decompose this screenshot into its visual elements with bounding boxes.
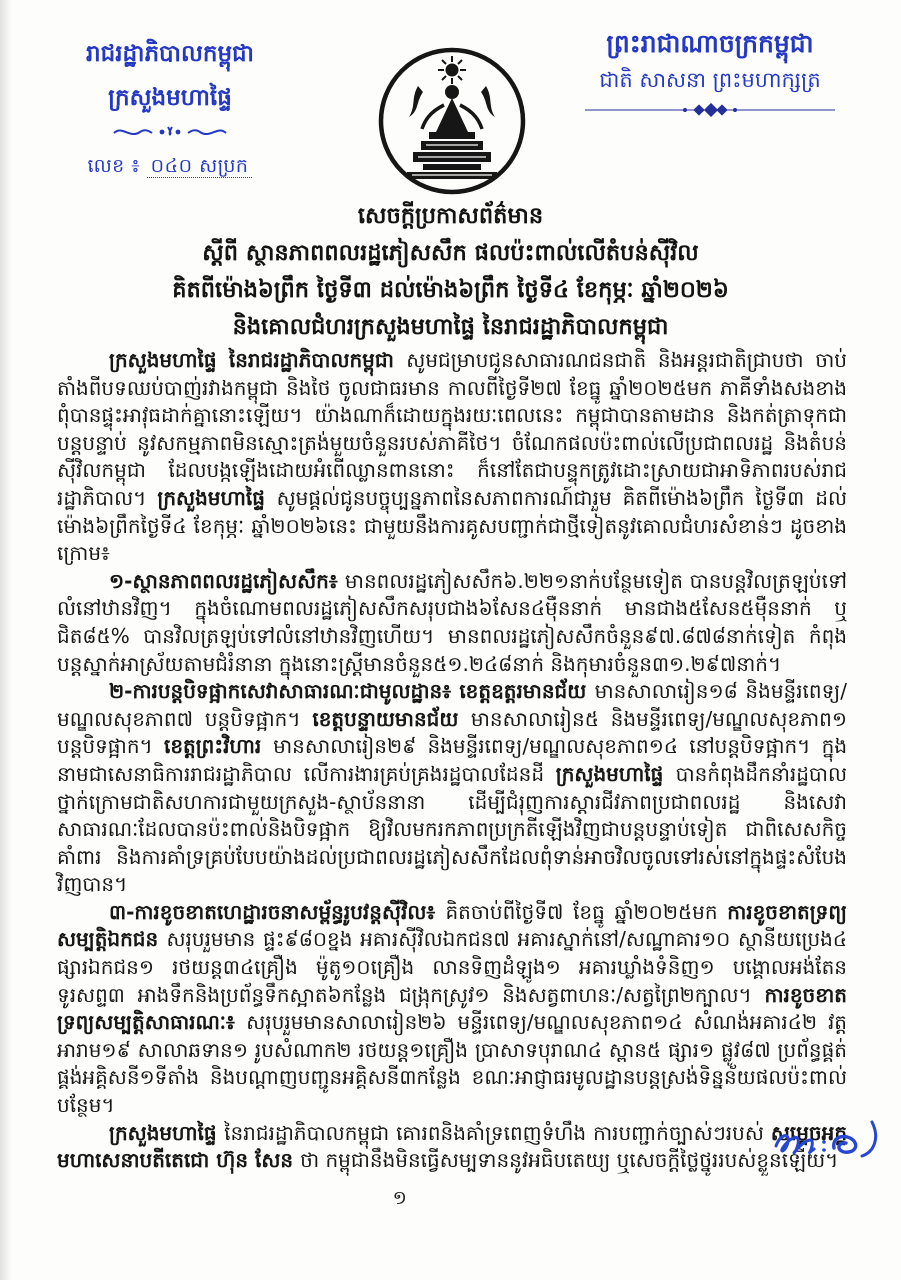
text-segment: ថា កម្ពុជានឹងមិនធ្វើសម្បទាននូវអធិបតេយ្យ …: [300, 1148, 838, 1172]
header-right: ព្រះរាជាណាចក្រកម្ពុជា ជាតិ សាសនា ព្រះមហា…: [545, 28, 875, 121]
signature-icon: [770, 1112, 888, 1168]
document-page: រាជរដ្ឋាភិបាលកម្ពុជា ក្រសួងមហាផ្ទៃ លេខ ៖…: [0, 0, 901, 1280]
text-segment: ក្រសួងមហាផ្ទៃ: [109, 1121, 224, 1145]
national-motto: ជាតិ សាសនា ព្រះមហាក្សត្រ: [545, 67, 875, 93]
text-segment: ខេត្តព្រះវិហារ: [164, 734, 273, 758]
text-segment: ៣-ការខូចខាតហេដ្ឋារចនាសម្ព័ន្ធរូបវន្តស៊ីវ…: [109, 900, 445, 924]
ornament-flourish-icon: [36, 124, 304, 144]
text-segment: ២-ការបន្តបិទផ្អាកសេវាសាធារណៈជាមូលដ្ឋាន៖: [109, 679, 459, 703]
royal-seal-icon: [366, 42, 538, 200]
title-line-4: និងគោលជំហរក្រសួងមហាផ្ទៃ នៃរាជរដ្ឋាភិបាលក…: [0, 309, 901, 346]
government-title: រាជរដ្ឋាភិបាលកម្ពុជា: [36, 40, 304, 70]
document-number: លេខ ៖ ០៤០ សប្រក: [36, 154, 304, 182]
paragraph-section-3: ៣-ការខូចខាតហេដ្ឋារចនាសម្ព័ន្ធរូបវន្តស៊ីវ…: [57, 899, 847, 1120]
paragraph-section-2: ២-ការបន្តបិទផ្អាកសេវាសាធារណៈជាមូលដ្ឋាន៖ …: [57, 678, 847, 899]
text-segment: ក្រសួងមហាផ្ទៃ: [157, 486, 276, 510]
document-body: ក្រសួងមហាផ្ទៃ នៃរាជរដ្ឋាភិបាលកម្ពុជា សូម…: [57, 347, 847, 1175]
text-segment: ក្រសួងមហាផ្ទៃ នៃរាជរដ្ឋាភិបាលកម្ពុជា: [109, 348, 406, 372]
title-line-1: សេចក្ដីប្រកាសព័ត៌មាន: [0, 198, 901, 235]
document-title: សេចក្ដីប្រកាសព័ត៌មាន ស្ដីពី ស្ថានភាពពលរដ…: [0, 198, 901, 346]
paragraph-section-1: ១-ស្ថានភាពពលរដ្ឋភៀសសឹក៖ មានពលរដ្ឋភៀសសឹក៦…: [57, 568, 847, 678]
text-segment: សរុបរួមមាន ផ្ទះ៩៨០ខ្នង អគារស៊ីវិលឯកជន៧ អ…: [57, 927, 847, 1006]
header-left: រាជរដ្ឋាភិបាលកម្ពុជា ក្រសួងមហាផ្ទៃ លេខ ៖…: [36, 40, 304, 182]
paragraph-intro: ក្រសួងមហាផ្ទៃ នៃរាជរដ្ឋាភិបាលកម្ពុជា សូម…: [57, 347, 847, 568]
document-number-value: ០៤០ សប្រក: [147, 155, 253, 178]
text-segment: ខេត្តឧត្តរមានជ័យ: [459, 679, 594, 703]
title-line-2: ស្ដីពី ស្ថានភាពពលរដ្ឋភៀសសឹក ផលប៉ះពាល់លើត…: [0, 235, 901, 272]
text-segment: គិតចាប់ពីថ្ងៃទី៧ ខែធ្នូ ឆ្នាំ២០២៥មក: [445, 900, 727, 924]
kingdom-title: ព្រះរាជាណាចក្រកម្ពុជា: [545, 28, 875, 59]
title-line-3: គិតពីម៉ោង៦ព្រឹក ថ្ងៃទី៣ ដល់ម៉ោង៦ព្រឹក ថ្…: [0, 272, 901, 309]
text-segment: ១-ស្ថានភាពពលរដ្ឋភៀសសឹក៖: [109, 569, 345, 593]
document-number-label: លេខ ៖: [88, 155, 141, 177]
text-segment: ខេត្តបន្ទាយមានជ័យ: [312, 707, 470, 731]
ministry-title: ក្រសួងមហាផ្ទៃ: [36, 84, 304, 114]
text-segment: នៃរាជរដ្ឋាភិបាលកម្ពុជា គោរពនិងគាំទ្រពេញទ…: [224, 1121, 771, 1145]
ornament-divider-icon: [545, 102, 875, 121]
paragraph-closing: ក្រសួងមហាផ្ទៃ នៃរាជរដ្ឋាភិបាលកម្ពុជា គោរ…: [57, 1120, 847, 1175]
page-number: ១: [393, 1186, 407, 1214]
text-segment: ក្រសួងមហាផ្ទៃ: [556, 762, 676, 786]
